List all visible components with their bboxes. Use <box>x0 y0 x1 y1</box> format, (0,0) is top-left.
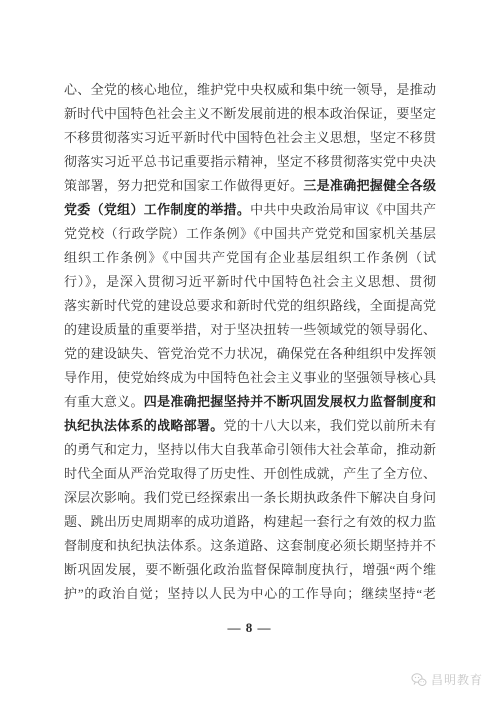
text-segment: 彻落实习近平总书记重要指示精神，坚定不移贯彻落实党中央决 <box>64 154 436 169</box>
text-line: 组织工作条例》《中国共产党国有企业基层组织工作条例（试 <box>64 246 436 270</box>
text-segment: 的建设质量的重要举措，对于坚决扭转一些领域党的领导弱化、 <box>64 322 436 337</box>
text-line: 新时代中国特色社会主义不断发展前进的根本政治保证，要坚定 <box>64 102 436 126</box>
page-number: — 8 — <box>0 620 499 636</box>
wechat-icon <box>411 673 427 687</box>
text-segment: 护”的政治自觉；坚持以人民为中心的工作导向；继续坚持“老 <box>64 586 436 601</box>
bold-text-segment: 执纪执法体系的战略部署。 <box>64 418 224 433</box>
text-line: 深层次影响。我们党已经探索出一条长期执政条件下解决自身问 <box>64 486 436 510</box>
text-segment: 题、跳出历史周期率的成功道路，构建起一套行之有效的权力监 <box>64 514 436 529</box>
text-segment: 党党校（行政学院）工作条例》《中国共产党党和国家机关基层 <box>64 226 436 241</box>
text-line: 题、跳出历史周期率的成功道路，构建起一套行之有效的权力监 <box>64 510 436 534</box>
text-segment: 导作用，使党始终成为中国特色社会主义事业的坚强领导核心具 <box>64 370 436 385</box>
text-line: 不移贯彻落实习近平新时代中国特色社会主义思想，坚定不移贯 <box>64 126 436 150</box>
text-line: 党的建设缺失、管党治党不力状况，确保党在各种组织中发挥领 <box>64 342 436 366</box>
text-line: 党委（党组）工作制度的举措。中共中央政治局审议《中国共产 <box>64 198 436 222</box>
text-segment: 不移贯彻落实习近平新时代中国特色社会主义思想，坚定不移贯 <box>64 130 436 145</box>
text-line: 督制度和执纪执法体系。这条道路、这套制度必须长期坚持并不 <box>64 534 436 558</box>
text-segment: 督制度和执纪执法体系。这条道路、这套制度必须长期坚持并不 <box>64 538 436 553</box>
text-segment: 中共中央政治局审议《中国共产 <box>250 202 436 217</box>
text-line: 导作用，使党始终成为中国特色社会主义事业的坚强领导核心具 <box>64 366 436 390</box>
text-segment: 断巩固发展，要不断强化政治监督保障制度执行，增强“两个维 <box>64 562 436 577</box>
text-segment: 行）》，是深入贯彻习近平新时代中国特色社会主义思想、贯彻 <box>64 274 436 289</box>
text-line: 的建设质量的重要举措，对于坚决扭转一些领域党的领导弱化、 <box>64 318 436 342</box>
text-line: 党党校（行政学院）工作条例》《中国共产党党和国家机关基层 <box>64 222 436 246</box>
text-line: 策部署，努力把党和国家工作做得更好。三是准确把握健全各级 <box>64 174 436 198</box>
text-block: 心、全党的核心地位，维护党中央权威和集中统一领导，是推动新时代中国特色社会主义不… <box>64 78 436 606</box>
text-line: 护”的政治自觉；坚持以人民为中心的工作导向；继续坚持“老 <box>64 582 436 606</box>
watermark: 昌明教育 <box>411 671 483 688</box>
text-segment: 落实新时代党的建设总要求和新时代党的组织路线，全面提高党 <box>64 298 436 313</box>
text-segment: 有重大意义。 <box>64 394 144 409</box>
bold-text-segment: 党委（党组）工作制度的举措。 <box>64 202 250 217</box>
text-line: 彻落实习近平总书记重要指示精神，坚定不移贯彻落实党中央决 <box>64 150 436 174</box>
document-page: 心、全党的核心地位，维护党中央权威和集中统一领导，是推动新时代中国特色社会主义不… <box>0 0 499 707</box>
text-segment: 时代全面从严治党取得了历史性、开创性成就，产生了全方位、 <box>64 466 436 481</box>
text-line: 落实新时代党的建设总要求和新时代党的组织路线，全面提高党 <box>64 294 436 318</box>
watermark-text: 昌明教育 <box>431 671 483 688</box>
text-segment: 策部署，努力把党和国家工作做得更好。 <box>64 178 303 193</box>
text-line: 时代全面从严治党取得了历史性、开创性成就，产生了全方位、 <box>64 462 436 486</box>
text-line: 断巩固发展，要不断强化政治监督保障制度执行，增强“两个维 <box>64 558 436 582</box>
text-segment: 党的十八大以来，我们党以前所未有 <box>224 418 436 433</box>
bold-text-segment: 三是准确把握健全各级 <box>303 178 436 193</box>
text-line: 心、全党的核心地位，维护党中央权威和集中统一领导，是推动 <box>64 78 436 102</box>
text-segment: 的勇气和定力，坚持以伟大自我革命引领伟大社会革命，推动新 <box>64 442 436 457</box>
text-segment: 党的建设缺失、管党治党不力状况，确保党在各种组织中发挥领 <box>64 346 436 361</box>
text-line: 的勇气和定力，坚持以伟大自我革命引领伟大社会革命，推动新 <box>64 438 436 462</box>
text-line: 行）》，是深入贯彻习近平新时代中国特色社会主义思想、贯彻 <box>64 270 436 294</box>
text-segment: 心、全党的核心地位，维护党中央权威和集中统一领导，是推动 <box>64 82 436 97</box>
text-segment: 深层次影响。我们党已经探索出一条长期执政条件下解决自身问 <box>64 490 436 505</box>
text-line: 执纪执法体系的战略部署。党的十八大以来，我们党以前所未有 <box>64 414 436 438</box>
text-segment: 组织工作条例》《中国共产党国有企业基层组织工作条例（试 <box>64 250 436 265</box>
text-line: 有重大意义。四是准确把握坚持并不断巩固发展权力监督制度和 <box>64 390 436 414</box>
text-segment: 新时代中国特色社会主义不断发展前进的根本政治保证，要坚定 <box>64 106 436 121</box>
bold-text-segment: 四是准确把握坚持并不断巩固发展权力监督制度和 <box>144 394 436 409</box>
